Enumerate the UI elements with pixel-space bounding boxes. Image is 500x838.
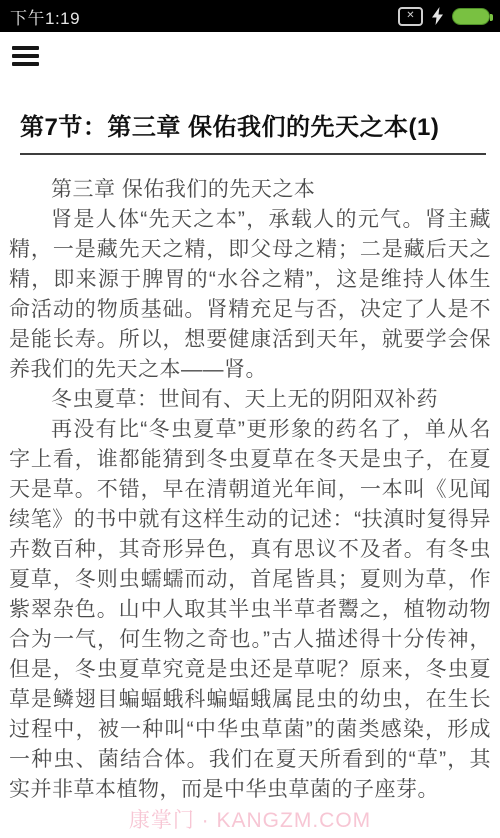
- watermark: 康掌门 · KANGZM.COM: [0, 804, 500, 834]
- hamburger-menu-icon: [12, 46, 39, 66]
- charging-bolt-icon: [432, 7, 443, 25]
- sim-x-glyph: ✕: [406, 11, 414, 21]
- paragraph: 再没有比“冬虫夏草”更形象的药名了，单从名字上看，谁都能猜到冬虫夏草在冬天是虫子…: [9, 415, 491, 805]
- toolbar: [0, 32, 500, 72]
- sim-missing-icon: ✕: [398, 7, 423, 26]
- battery-full-icon: [452, 8, 490, 25]
- status-bar: 下午1:19 ✕: [0, 0, 500, 32]
- section-heading: 冬虫夏草：世间有、天上无的阴阳双补药: [9, 385, 491, 415]
- status-time: 下午1:19: [10, 4, 80, 29]
- paragraph: 肾是人体“先天之本”，承载人的元气。肾主藏精，一是藏先天之精，即父母之精；二是藏…: [9, 205, 491, 385]
- article-body: 第三章 保佑我们的先天之本 肾是人体“先天之本”，承载人的元气。肾主藏精，一是藏…: [9, 175, 491, 805]
- section-heading: 第三章 保佑我们的先天之本: [9, 175, 491, 205]
- chapter-title: 第7节：第三章 保佑我们的先天之本(1): [20, 112, 486, 155]
- status-icons: ✕: [398, 7, 490, 26]
- reader-app-screen: 下午1:19 ✕ 第7节：第三章 保佑我们的先天之本(1) 第三章 保佑我们的先…: [0, 0, 500, 838]
- menu-button[interactable]: [10, 44, 41, 68]
- battery-nub: [490, 14, 493, 21]
